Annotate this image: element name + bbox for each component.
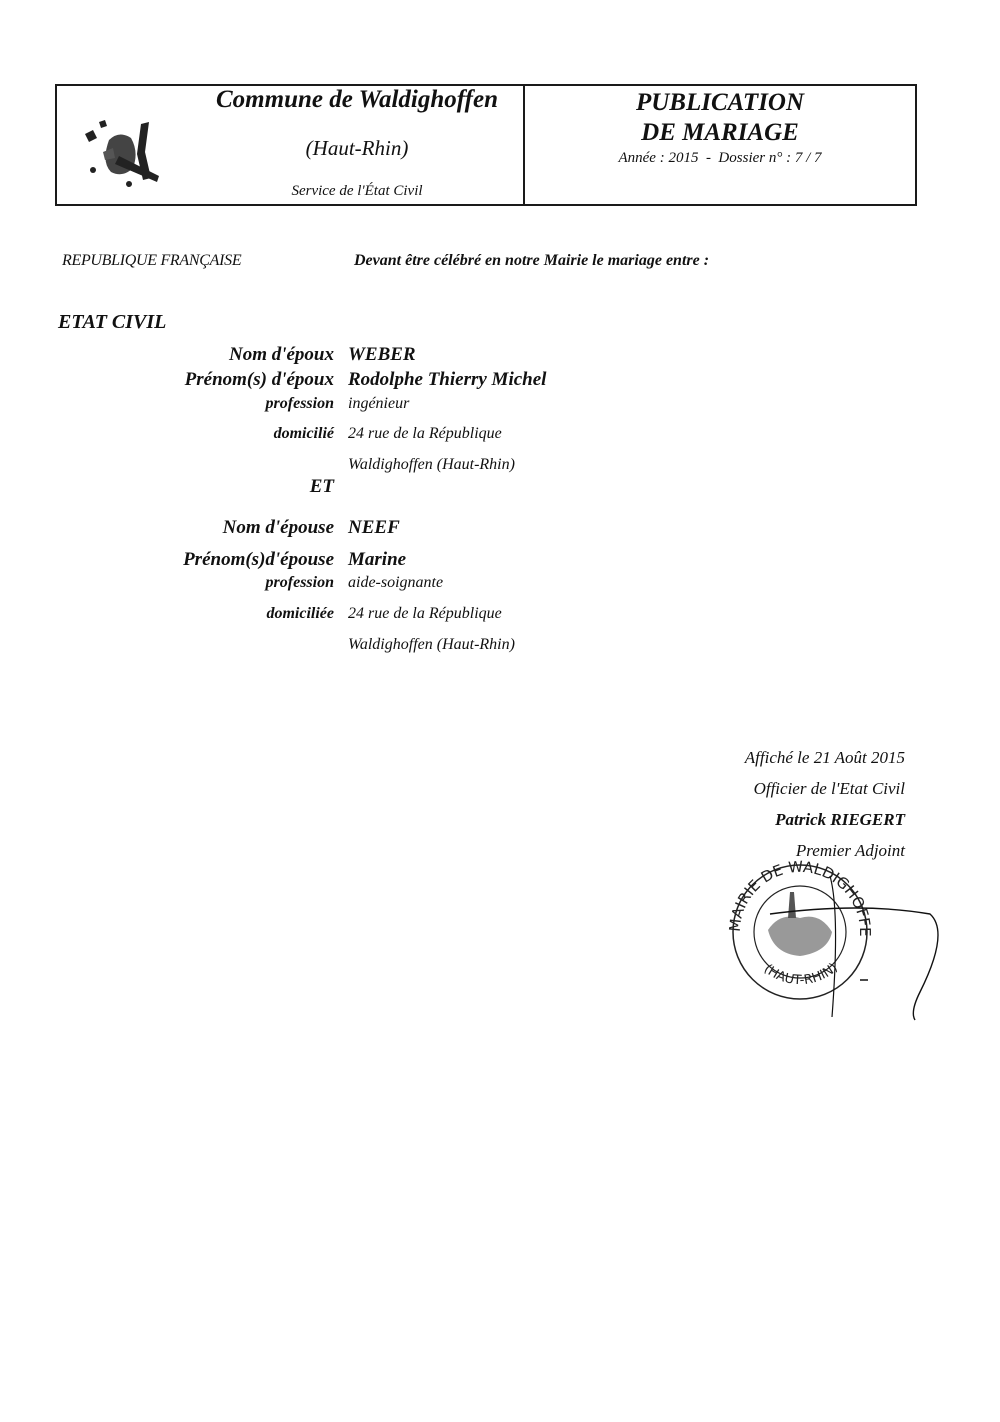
epoux-profession-label: profession xyxy=(0,395,348,413)
epouse-nom: NEEF xyxy=(348,517,400,539)
svg-text:(HAUT-RHIN): (HAUT-RHIN) xyxy=(761,960,841,988)
epouse-domicile-label: domiciliée xyxy=(0,605,348,623)
official-stamp-icon: MAIRIE DE WALDIGHOFFEN (HAUT-RHIN) xyxy=(720,852,960,1022)
section-title: ETAT CIVIL xyxy=(58,311,166,334)
posted-date: Affiché le 21 Août 2015 xyxy=(745,742,905,773)
document-header: Commune de Waldighoffen (Haut-Rhin) Serv… xyxy=(55,84,917,206)
epouse-domicile-row: domiciliée 24 rue de la République xyxy=(0,605,502,623)
epoux-nom-row: Nom d'époux WEBER xyxy=(0,344,416,366)
commune-panel: Commune de Waldighoffen (Haut-Rhin) Serv… xyxy=(57,86,525,204)
signature-block: Affiché le 21 Août 2015 Officier de l'Et… xyxy=(745,742,905,866)
epoux-adresse-line1: 24 rue de la République xyxy=(348,425,502,443)
commune-name: Commune de Waldighoffen xyxy=(197,86,517,114)
epoux-adresse-line2: Waldighoffen (Haut-Rhin) xyxy=(348,456,515,474)
epouse-prenoms: Marine xyxy=(348,549,406,571)
epouse-adresse-row2: Waldighoffen (Haut-Rhin) xyxy=(0,636,515,654)
document-title-line1: PUBLICATION xyxy=(525,88,915,118)
epoux-prenoms-label: Prénom(s) d'époux xyxy=(0,369,348,391)
commune-logo-icon xyxy=(79,112,171,192)
epoux-adresse-row2: Waldighoffen (Haut-Rhin) xyxy=(0,456,515,474)
epoux-nom: WEBER xyxy=(348,344,416,366)
epouse-nom-row: Nom d'épouse NEEF xyxy=(0,517,400,539)
publication-panel: PUBLICATION DE MARIAGE Année : 2015 - Do… xyxy=(525,86,915,204)
conjunction-row: ET xyxy=(0,476,348,498)
conjunction: ET xyxy=(0,476,348,498)
epoux-nom-label: Nom d'époux xyxy=(0,344,348,366)
epoux-prenoms-row: Prénom(s) d'époux Rodolphe Thierry Miche… xyxy=(0,369,546,391)
republic-label: REPUBLIQUE FRANÇAISE xyxy=(62,252,241,270)
epoux-profession: ingénieur xyxy=(348,395,409,413)
document-title: PUBLICATION DE MARIAGE xyxy=(525,88,915,148)
epouse-profession-row: profession aide-soignante xyxy=(0,574,443,592)
commune-department: (Haut-Rhin) xyxy=(197,136,517,161)
epoux-profession-row: profession ingénieur xyxy=(0,395,409,413)
intro-text: Devant être célébré en notre Mairie le m… xyxy=(354,252,709,270)
epouse-prenoms-row: Prénom(s)d'épouse Marine xyxy=(0,549,406,571)
epouse-adresse-line2: Waldighoffen (Haut-Rhin) xyxy=(348,636,515,654)
epoux-domicile-label: domicilié xyxy=(0,425,348,443)
officer-name: Patrick RIEGERT xyxy=(745,804,905,835)
epoux-prenoms: Rodolphe Thierry Michel xyxy=(348,369,546,391)
service-name: Service de l'État Civil xyxy=(197,183,517,200)
epoux-domicile-row: domicilié 24 rue de la République xyxy=(0,425,502,443)
epouse-profession: aide-soignante xyxy=(348,574,443,592)
epouse-adresse-line1: 24 rue de la République xyxy=(348,605,502,623)
document-title-line2: DE MARIAGE xyxy=(525,118,915,148)
officer-role: Officier de l'Etat Civil xyxy=(745,773,905,804)
year-dossier: Année : 2015 - Dossier n° : 7 / 7 xyxy=(525,150,915,167)
epouse-nom-label: Nom d'épouse xyxy=(0,517,348,539)
epouse-profession-label: profession xyxy=(0,574,348,592)
epouse-prenoms-label: Prénom(s)d'épouse xyxy=(0,549,348,571)
